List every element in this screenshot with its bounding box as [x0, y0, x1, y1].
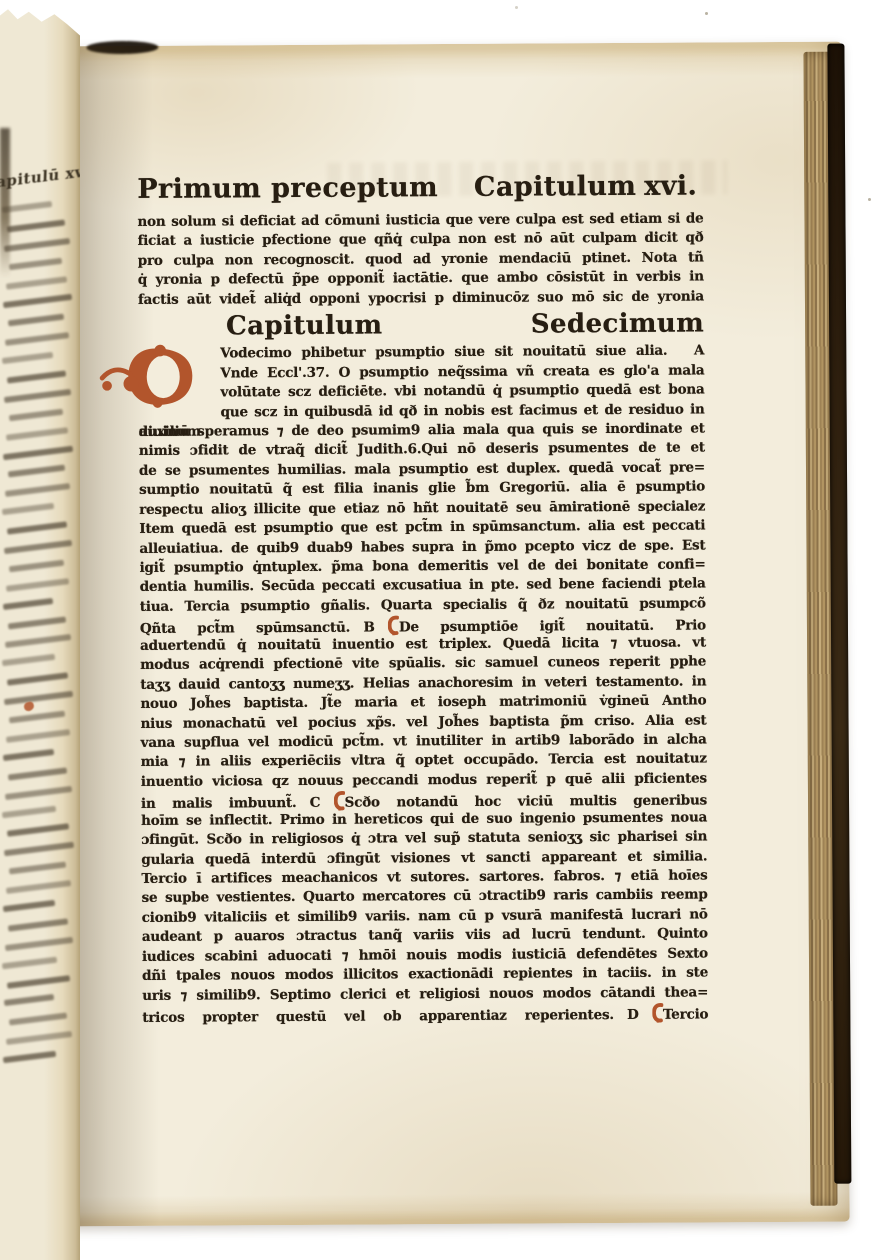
blurred-text-line: [3, 598, 53, 610]
blurred-text-line: [2, 805, 56, 817]
running-header: Primum preceptum Capitulum xvi.: [137, 170, 703, 207]
dust-speck: [868, 198, 871, 201]
blurred-text-line: [9, 409, 63, 421]
running-header-title: Primum preceptum: [137, 172, 438, 205]
blurred-text-line: [6, 729, 70, 742]
blurred-text-line: [8, 767, 67, 780]
blurred-text-line: [5, 332, 69, 345]
blurred-text-line: [3, 1051, 56, 1063]
blurred-text-line: [4, 389, 71, 403]
blurred-text-line: [8, 918, 68, 931]
blurred-text-line: [9, 1013, 67, 1026]
intro-paragraph: non solum si deficiat ad cōmuni iusticia…: [137, 209, 704, 310]
chapter-heading-number: Sedecimum: [531, 309, 704, 340]
running-header-chapter-number: xvi.: [644, 170, 697, 201]
blurred-text-line: [8, 314, 64, 326]
blurred-text-line: [7, 219, 65, 232]
blurred-text-line: [6, 276, 67, 289]
blurred-text-line: [7, 370, 66, 383]
blurred-text-line: [3, 900, 55, 912]
blurred-text-line: [8, 616, 66, 629]
blurred-text-line: [3, 294, 72, 308]
blurred-text-line: [9, 560, 64, 572]
running-header-chapter-label: Capitulum: [474, 171, 636, 203]
blurred-text-line: [2, 503, 54, 515]
blurred-text-line: [4, 691, 73, 705]
blurred-text-line: [7, 522, 67, 535]
capitulum-mark-icon: [388, 616, 399, 636]
chapter-heading: Capitulum Sedecimum: [138, 309, 704, 342]
blurred-text-line: [3, 749, 54, 761]
blurred-text-line: [8, 465, 65, 477]
blurred-text-line: [5, 786, 72, 800]
blurred-text-line: [4, 994, 54, 1006]
blurred-text-line: [3, 445, 73, 459]
chapter-heading-word: Capitulum: [226, 311, 383, 342]
blurred-text-line: [7, 824, 69, 837]
blurred-text-line: [2, 956, 57, 968]
blurred-text-line: [4, 540, 72, 554]
previous-page-blurred-text: [0, 204, 80, 1073]
capitulum-mark-icon: [652, 1003, 663, 1023]
book-page: Primum preceptum Capitulum xvi. non solu…: [54, 42, 849, 1227]
blurred-text-line: [5, 483, 70, 496]
text-line: factis aūt videt̃ aliq̇d opponi ypocrisi…: [138, 287, 704, 310]
blurred-text-line: [5, 937, 73, 951]
photo-background: Primum preceptum Capitulum xvi. non solu…: [0, 0, 891, 1260]
illuminated-initial-d-icon: [138, 347, 214, 405]
previous-page-leaf: apitulū xv.: [0, 8, 80, 1260]
blurred-text-line: [6, 880, 71, 893]
blurred-text-line: [6, 427, 68, 440]
blurred-text-line: [9, 862, 66, 874]
text-block: Primum preceptum Capitulum xvi. non solu…: [137, 170, 708, 1025]
dust-speck: [515, 6, 518, 9]
previous-page-header-fragment: apitulū xv.: [0, 162, 86, 191]
blurred-text-line: [6, 578, 69, 591]
blurred-text-line: [6, 1031, 72, 1045]
blurred-text-line: [7, 975, 70, 988]
blurred-text-line: [5, 634, 71, 648]
blurred-text-line: [2, 654, 55, 666]
blurred-text-line: [9, 257, 62, 269]
blurred-text-line: [7, 673, 68, 686]
blurred-text-line: [4, 238, 70, 252]
blurred-text-line: [9, 711, 65, 723]
capitulum-mark-icon: [334, 791, 345, 811]
blurred-text-line: [2, 352, 53, 364]
chapter-body: Vodecimo phibetur psumptio siue sit noui…: [138, 342, 708, 1026]
blurred-text-line: [4, 842, 74, 856]
chapter-lines: Vodecimo phibetur psumptio siue sit noui…: [138, 342, 708, 1026]
text-line: tricos propter questū vel ob apparentiaz…: [142, 1003, 708, 1026]
dust-speck: [705, 12, 708, 15]
